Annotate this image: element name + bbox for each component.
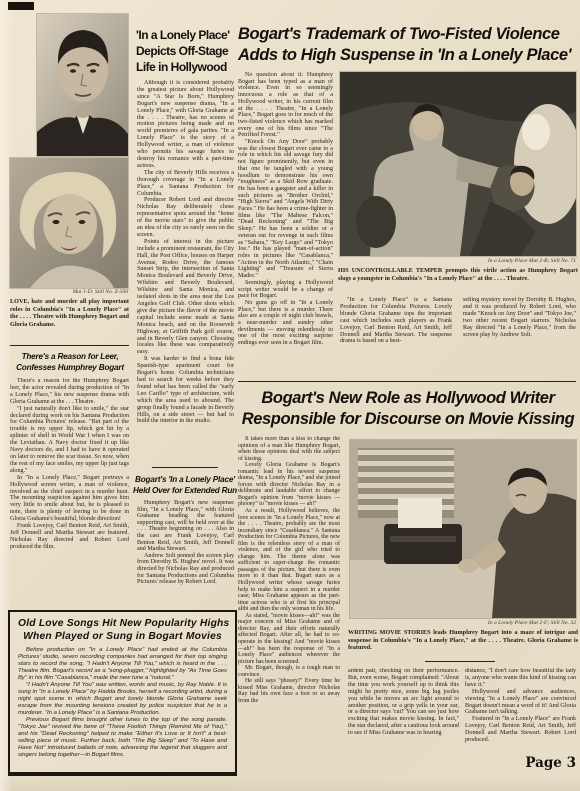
paragraph: Hollywood and advance audiences, viewing… [465,689,576,717]
bogart-portrait-art [37,14,128,156]
songs-article-body: Before production on "In a Lonely Place"… [18,647,227,759]
divider [238,381,576,382]
kissing-article-col1: It takes more than a kiss to change the … [238,436,340,786]
fight-scene-art [340,72,576,256]
paragraph: distance, "I don't care how beautiful th… [465,668,576,689]
paragraph: ardent pair, checking on their performan… [348,668,459,737]
paragraph: It takes more than a kiss to change the … [238,436,340,462]
pressbook-page: Mat 1-D; Still No. Z-506 LOVE, hate and … [0,0,580,791]
page-corner-mark [8,2,34,10]
violence-article-col3: selling mystery novel by Dorothy B. Hugh… [463,297,576,377]
paragraph: Although it is considered probably the g… [137,80,234,170]
violence-article-headline: Bogart's Trademark of Two-Fisted Violenc… [238,24,578,66]
paragraph: "Knock On Any Door" probably was the clo… [238,139,333,280]
paragraph: As stated, "movie kisses—ah!" was the ma… [238,613,340,665]
paragraph: No guns go off in "In a Lonely Place," b… [238,300,333,347]
paragraph: Lovely Gloria Grahame is Bogart's romant… [238,462,340,508]
offstage-article-body: Although it is considered probably the g… [137,80,234,460]
paragraph: Previous Bogart films brought other tune… [18,717,227,759]
fight-photo-caption: HIS UNCONTROLLABLE TEMPER prompts this v… [338,267,578,293]
left-photo-caption: LOVE, hate and murder all play important… [10,298,129,340]
paragraph: Andrew Solt penned the screen play from … [137,553,234,586]
paragraph: Before production on "In a Lonely Place"… [18,647,227,682]
songs-article-headline: Old Love Songs Hit New Popularity Highs … [18,617,227,643]
heldover-article-headline: Bogart's 'In a Lonely Place' Held Over f… [130,474,240,496]
bogart-portrait-photo [37,14,128,156]
paragraph: It was harder to find a bona fide Spanis… [137,356,234,425]
left-photo-credit: Mat 1-D; Still No. Z-506 [10,289,128,296]
typewriter-photo-caption: WRITING MOVIE STORIES leads Humphrey Bog… [348,629,578,655]
paragraph: As a result, Hollywood believes, the lov… [238,508,340,613]
typewriter-scene-art [350,440,576,618]
paragraph: Humphrey Bogart's new suspense film, "In… [137,500,234,553]
divider [425,661,495,662]
paragraph: Points of interest in the picture includ… [137,239,234,356]
paragraph: He still says "phooey!" Every time he ki… [238,678,340,704]
violence-article-col1: No question about it: Humphrey Bogart ha… [238,72,333,378]
paragraph: "In a Lonely Place" is a Santana Product… [340,297,452,345]
paragraph: Featured in "In a Lonely Place" are Fran… [465,716,576,744]
fight-photo-credit: In a Lonely Place Mat 2-B; Still No. 71 [340,258,576,265]
paragraph: Frank Lovejoy, Carl Benton Reid, Art Smi… [10,523,129,551]
leer-article-body: There's a reason for the Humphrey Bogart… [10,378,129,604]
paragraph: "I just naturally don't like to smile," … [10,406,129,475]
paragraph: There's a reason for the Humphrey Bogart… [10,378,129,406]
kissing-article-col2: ardent pair, checking on their performan… [348,668,459,778]
grahame-portrait-art [10,158,128,288]
fight-scene-photo [340,72,576,256]
grahame-portrait-photo [10,158,128,288]
paragraph: The city of Beverly Hills receives a tho… [137,170,234,198]
kissing-article-headline: Bogart's New Role as Hollywood Writer Re… [238,388,578,430]
paragraph: Producer Robert Lord and director Nichol… [137,197,234,238]
typewriter-scene-photo [350,440,576,618]
offstage-article-headline: 'In a Lonely Place' Depicts Off-Stage Li… [136,27,236,75]
paragraph: No question about it: Humphrey Bogart ha… [238,72,333,139]
heldover-article-body: Humphrey Bogart's new suspense film, "In… [137,500,234,605]
page-number: Page 3 [470,755,576,771]
leer-article-headline: There's a Reason for Leer, Confesses Hum… [8,351,132,373]
paragraph: "I Hadn't Anyone Till You" was written, … [18,682,227,717]
paragraph: Seemingly, playing a Hollywood script wr… [238,280,333,300]
paragraph: In "In a Lonely Place," Bogart portrays … [10,475,129,523]
typewriter-photo-credit: In a Lonely Place Mat 2-F; Still No. 32 [350,620,576,627]
divider [10,345,129,346]
violence-article-col2: "In a Lonely Place" is a Santana Product… [340,297,452,377]
divider [152,467,218,468]
songs-article-box: Old Love Songs Hit New Popularity Highs … [8,610,237,776]
paragraph: selling mystery novel by Dorothy B. Hugh… [463,297,576,338]
paragraph: Mr. Bogart, though, is a tough man to co… [238,665,340,678]
